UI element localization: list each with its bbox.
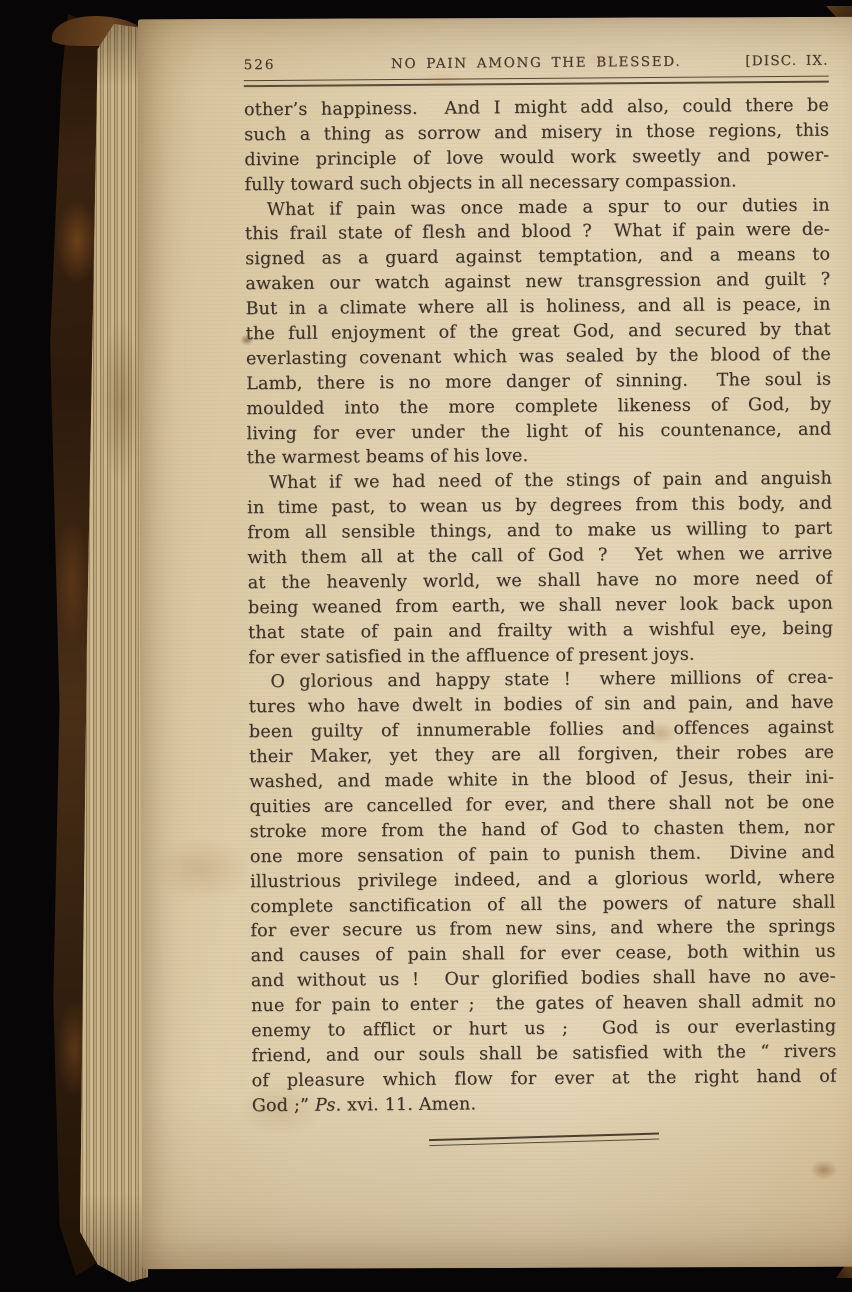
page-number: 526 [244,56,364,73]
text-line: of pleasure which flow for ever at the r… [252,1066,837,1095]
running-title: NO PAIN AMONG THE BLESSED. [364,54,709,73]
book-page: 526 NO PAIN AMONG THE BLESSED. [DISC. IX… [138,17,852,1270]
paragraph: What if we had need of the stings of pai… [247,469,834,673]
book-scan: 526 NO PAIN AMONG THE BLESSED. [DISC. IX… [0,0,852,1292]
paragraph: What if pain was once made a spur to our… [245,195,832,473]
text-line: God ;” Ps. xvi. 11. Amen. [252,1091,837,1120]
text-line: illustrious privilege indeed, and a glor… [250,867,835,896]
page-header: 526 NO PAIN AMONG THE BLESSED. [DISC. IX… [244,53,829,74]
paragraph: other’s happiness. And I might add also,… [244,96,830,200]
text-segment: xvi. 11. Amen. [341,1094,476,1115]
text-line: that state of pain and frailty with a wi… [248,618,833,647]
citation-italic: Ps. [315,1095,342,1115]
text-line: divine principle of love would work swee… [244,145,829,174]
header-double-rule [244,76,829,88]
discourse-label: [DISC. IX. [709,53,829,70]
section-end-rule [429,1132,659,1146]
body-text: other’s happiness. And I might add also,… [244,96,837,1121]
printed-content: 526 NO PAIN AMONG THE BLESSED. [DISC. IX… [244,53,838,1145]
text-line: living for ever under the light of his c… [246,419,831,448]
text-segment: God ;” [252,1095,315,1115]
paragraph: O glorious and happy state ! where milli… [248,668,837,1121]
